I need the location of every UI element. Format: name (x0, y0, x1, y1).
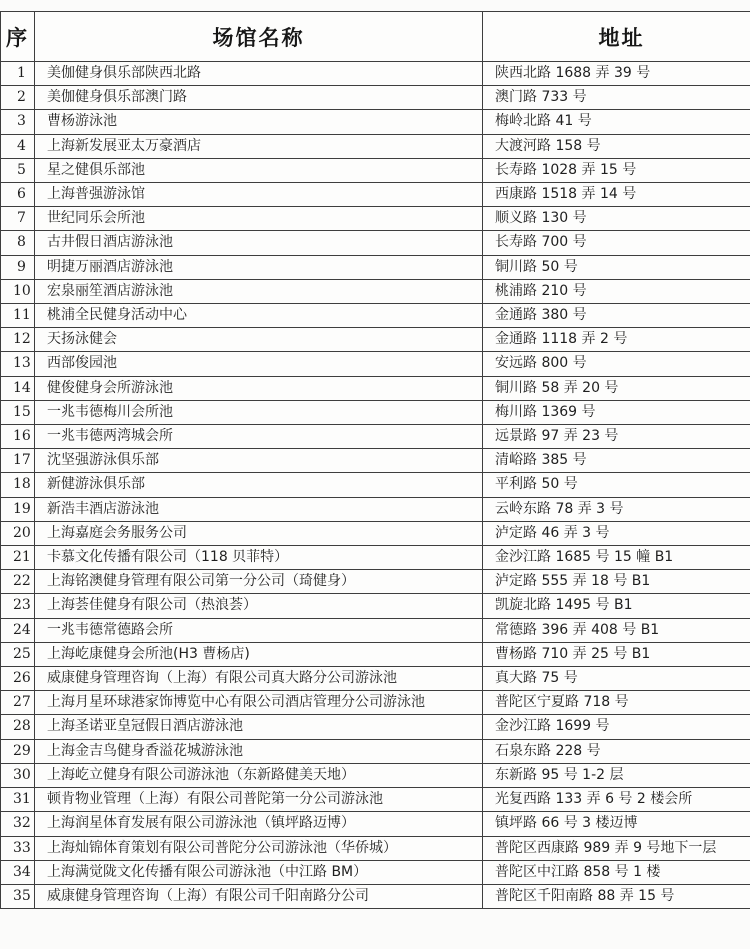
row-number: 17 (1, 449, 35, 473)
venue-address: 金沙江路 1685 号 15 幢 B1 (483, 546, 750, 570)
table-row: 29上海金吉鸟健身香溢花城游泳池石泉东路 228 号 (1, 739, 750, 763)
row-number: 12 (1, 328, 35, 352)
row-number: 7 (1, 207, 35, 231)
table-row: 14健俊健身会所游泳池铜川路 58 弄 20 号 (1, 376, 750, 400)
row-number: 22 (1, 570, 35, 594)
table-row: 28上海圣诺亚皇冠假日酒店游泳池金沙江路 1699 号 (1, 715, 750, 739)
row-number: 8 (1, 231, 35, 255)
table-row: 34上海满觉陇文化传播有限公司游泳池（中江路 BM）普陀区中江路 858 号 1… (1, 860, 750, 884)
table-row: 15一兆韦德梅川会所池梅川路 1369 号 (1, 400, 750, 424)
table-row: 16一兆韦德两湾城会所远景路 97 弄 23 号 (1, 425, 750, 449)
venue-name: 沈坚强游泳俱乐部 (35, 449, 483, 473)
venue-address: 泸定路 46 弄 3 号 (483, 521, 750, 545)
venue-name: 美伽健身俱乐部陕西北路 (35, 62, 483, 86)
venue-name: 星之健俱乐部池 (35, 158, 483, 182)
venue-name: 威康健身管理咨询（上海）有限公司真大路分公司游泳池 (35, 667, 483, 691)
venue-address: 金通路 380 号 (483, 304, 750, 328)
venue-name: 美伽健身俱乐部澳门路 (35, 86, 483, 110)
row-number: 32 (1, 812, 35, 836)
venue-name: 上海荟佳健身有限公司（热浪荟） (35, 594, 483, 618)
venue-name: 上海新发展亚太万豪酒店 (35, 134, 483, 158)
venue-address: 大渡河路 158 号 (483, 134, 750, 158)
table-row: 7世纪同乐会所池顺义路 130 号 (1, 207, 750, 231)
table-row: 4上海新发展亚太万豪酒店大渡河路 158 号 (1, 134, 750, 158)
table-row: 6上海普强游泳馆西康路 1518 弄 14 号 (1, 183, 750, 207)
venue-address: 长寿路 1028 弄 15 号 (483, 158, 750, 182)
row-number: 6 (1, 183, 35, 207)
venue-name: 新健游泳俱乐部 (35, 473, 483, 497)
venue-address: 普陀区中江路 858 号 1 楼 (483, 860, 750, 884)
venue-name: 上海嘉庭会务服务公司 (35, 521, 483, 545)
venue-address: 真大路 75 号 (483, 667, 750, 691)
venue-address: 云岭东路 78 弄 3 号 (483, 497, 750, 521)
row-number: 2 (1, 86, 35, 110)
venue-address: 梅岭北路 41 号 (483, 110, 750, 134)
row-number: 5 (1, 158, 35, 182)
venue-name: 古井假日酒店游泳池 (35, 231, 483, 255)
venue-address: 镇坪路 66 号 3 楼迈博 (483, 812, 750, 836)
venue-address: 石泉东路 228 号 (483, 739, 750, 763)
venue-name: 西部俊园池 (35, 352, 483, 376)
table-row: 30上海屹立健身有限公司游泳池（东新路健美天地）东新路 95 号 1-2 层 (1, 763, 750, 787)
row-number: 30 (1, 763, 35, 787)
venue-name: 上海铭澳健身管理有限公司第一分公司（琦健身） (35, 570, 483, 594)
row-number: 11 (1, 304, 35, 328)
table-row: 17沈坚强游泳俱乐部清峪路 385 号 (1, 449, 750, 473)
row-number: 25 (1, 642, 35, 666)
row-number: 14 (1, 376, 35, 400)
venue-address: 平利路 50 号 (483, 473, 750, 497)
venue-name: 曹杨游泳池 (35, 110, 483, 134)
table-row: 27上海月星环球港家饰博览中心有限公司酒店管理分公司游泳池普陀区宁夏路 718 … (1, 691, 750, 715)
row-number: 13 (1, 352, 35, 376)
venue-address: 远景路 97 弄 23 号 (483, 425, 750, 449)
venue-name: 一兆韦德梅川会所池 (35, 400, 483, 424)
venue-address: 西康路 1518 弄 14 号 (483, 183, 750, 207)
table-row: 20上海嘉庭会务服务公司泸定路 46 弄 3 号 (1, 521, 750, 545)
table-row: 33上海灿锦体育策划有限公司普陀分公司游泳池（华侨城）普陀区西康路 989 弄 … (1, 836, 750, 860)
venue-name: 上海屹立健身有限公司游泳池（东新路健美天地） (35, 763, 483, 787)
venue-address: 普陀区千阳南路 88 弄 15 号 (483, 884, 750, 908)
venue-address: 金沙江路 1699 号 (483, 715, 750, 739)
venue-address: 梅川路 1369 号 (483, 400, 750, 424)
row-number: 4 (1, 134, 35, 158)
venue-name: 上海屹康健身会所池(H3 曹杨店) (35, 642, 483, 666)
table-row: 1美伽健身俱乐部陕西北路陕西北路 1688 弄 39 号 (1, 62, 750, 86)
table-body: 1美伽健身俱乐部陕西北路陕西北路 1688 弄 39 号2美伽健身俱乐部澳门路澳… (1, 62, 750, 909)
venue-address: 普陀区宁夏路 718 号 (483, 691, 750, 715)
venue-address: 清峪路 385 号 (483, 449, 750, 473)
table-row: 21卡慕文化传播有限公司（118 贝菲特）金沙江路 1685 号 15 幢 B1 (1, 546, 750, 570)
row-number: 15 (1, 400, 35, 424)
venue-name: 新浩丰酒店游泳池 (35, 497, 483, 521)
table-row: 10宏泉丽笙酒店游泳池桃浦路 210 号 (1, 279, 750, 303)
venue-name: 健俊健身会所游泳池 (35, 376, 483, 400)
venue-address: 泸定路 555 弄 18 号 B1 (483, 570, 750, 594)
venue-address: 铜川路 50 号 (483, 255, 750, 279)
venue-address: 顺义路 130 号 (483, 207, 750, 231)
row-number: 24 (1, 618, 35, 642)
venue-name: 上海金吉鸟健身香溢花城游泳池 (35, 739, 483, 763)
venue-address: 曹杨路 710 弄 25 号 B1 (483, 642, 750, 666)
venue-name: 一兆韦德常德路会所 (35, 618, 483, 642)
venue-name: 上海月星环球港家饰博览中心有限公司酒店管理分公司游泳池 (35, 691, 483, 715)
table-row: 19新浩丰酒店游泳池云岭东路 78 弄 3 号 (1, 497, 750, 521)
header-row: 序 场馆名称 地址 (1, 12, 750, 62)
row-number: 9 (1, 255, 35, 279)
table-row: 31顿肯物业管理（上海）有限公司普陀第一分公司游泳池光复西路 133 弄 6 号… (1, 788, 750, 812)
table-row: 25上海屹康健身会所池(H3 曹杨店)曹杨路 710 弄 25 号 B1 (1, 642, 750, 666)
table-row: 24一兆韦德常德路会所常德路 396 弄 408 号 B1 (1, 618, 750, 642)
venue-address: 金通路 1118 弄 2 号 (483, 328, 750, 352)
venue-name: 天扬泳健会 (35, 328, 483, 352)
header-venue-name: 场馆名称 (35, 12, 483, 62)
row-number: 1 (1, 62, 35, 86)
table-row: 26威康健身管理咨询（上海）有限公司真大路分公司游泳池真大路 75 号 (1, 667, 750, 691)
venue-name: 上海润星体育发展有限公司游泳池（镇坪路迈博） (35, 812, 483, 836)
venue-address: 铜川路 58 弄 20 号 (483, 376, 750, 400)
row-number: 20 (1, 521, 35, 545)
row-number: 26 (1, 667, 35, 691)
table-row: 35威康健身管理咨询（上海）有限公司千阳南路分公司普陀区千阳南路 88 弄 15… (1, 884, 750, 908)
row-number: 19 (1, 497, 35, 521)
venue-name: 顿肯物业管理（上海）有限公司普陀第一分公司游泳池 (35, 788, 483, 812)
venue-name: 卡慕文化传播有限公司（118 贝菲特） (35, 546, 483, 570)
row-number: 21 (1, 546, 35, 570)
venue-address: 安远路 800 号 (483, 352, 750, 376)
venue-address: 凯旋北路 1495 号 B1 (483, 594, 750, 618)
row-number: 16 (1, 425, 35, 449)
table-row: 12天扬泳健会金通路 1118 弄 2 号 (1, 328, 750, 352)
venue-address: 光复西路 133 弄 6 号 2 楼会所 (483, 788, 750, 812)
venues-table: 序 场馆名称 地址 1美伽健身俱乐部陕西北路陕西北路 1688 弄 39 号2美… (0, 11, 750, 909)
row-number: 10 (1, 279, 35, 303)
table-row: 18新健游泳俱乐部平利路 50 号 (1, 473, 750, 497)
venue-address: 长寿路 700 号 (483, 231, 750, 255)
venue-name: 世纪同乐会所池 (35, 207, 483, 231)
table-row: 23上海荟佳健身有限公司（热浪荟）凯旋北路 1495 号 B1 (1, 594, 750, 618)
venue-address: 东新路 95 号 1-2 层 (483, 763, 750, 787)
venue-address: 常德路 396 弄 408 号 B1 (483, 618, 750, 642)
venue-name: 上海圣诺亚皇冠假日酒店游泳池 (35, 715, 483, 739)
venue-address: 澳门路 733 号 (483, 86, 750, 110)
row-number: 3 (1, 110, 35, 134)
venue-name: 宏泉丽笙酒店游泳池 (35, 279, 483, 303)
venue-name: 明捷万丽酒店游泳池 (35, 255, 483, 279)
venue-name: 上海满觉陇文化传播有限公司游泳池（中江路 BM） (35, 860, 483, 884)
row-number: 29 (1, 739, 35, 763)
table-row: 32上海润星体育发展有限公司游泳池（镇坪路迈博）镇坪路 66 号 3 楼迈博 (1, 812, 750, 836)
row-number: 33 (1, 836, 35, 860)
table-row: 3曹杨游泳池梅岭北路 41 号 (1, 110, 750, 134)
table-row: 13西部俊园池安远路 800 号 (1, 352, 750, 376)
venue-name: 上海灿锦体育策划有限公司普陀分公司游泳池（华侨城） (35, 836, 483, 860)
venue-name: 桃浦全民健身活动中心 (35, 304, 483, 328)
row-number: 31 (1, 788, 35, 812)
venue-name: 一兆韦德两湾城会所 (35, 425, 483, 449)
header-序: 序 (1, 12, 35, 62)
row-number: 27 (1, 691, 35, 715)
header-address: 地址 (483, 12, 750, 62)
venue-name: 上海普强游泳馆 (35, 183, 483, 207)
venue-address: 陕西北路 1688 弄 39 号 (483, 62, 750, 86)
row-number: 18 (1, 473, 35, 497)
table-row: 8古井假日酒店游泳池长寿路 700 号 (1, 231, 750, 255)
table-row: 5星之健俱乐部池长寿路 1028 弄 15 号 (1, 158, 750, 182)
venue-address: 普陀区西康路 989 弄 9 号地下一层 (483, 836, 750, 860)
row-number: 35 (1, 884, 35, 908)
row-number: 28 (1, 715, 35, 739)
table-row: 22上海铭澳健身管理有限公司第一分公司（琦健身）泸定路 555 弄 18 号 B… (1, 570, 750, 594)
venue-list-page: 序 场馆名称 地址 1美伽健身俱乐部陕西北路陕西北路 1688 弄 39 号2美… (0, 11, 750, 909)
venue-address: 桃浦路 210 号 (483, 279, 750, 303)
venue-name: 威康健身管理咨询（上海）有限公司千阳南路分公司 (35, 884, 483, 908)
table-row: 2美伽健身俱乐部澳门路澳门路 733 号 (1, 86, 750, 110)
table-row: 11桃浦全民健身活动中心金通路 380 号 (1, 304, 750, 328)
table-row: 9明捷万丽酒店游泳池铜川路 50 号 (1, 255, 750, 279)
row-number: 23 (1, 594, 35, 618)
row-number: 34 (1, 860, 35, 884)
